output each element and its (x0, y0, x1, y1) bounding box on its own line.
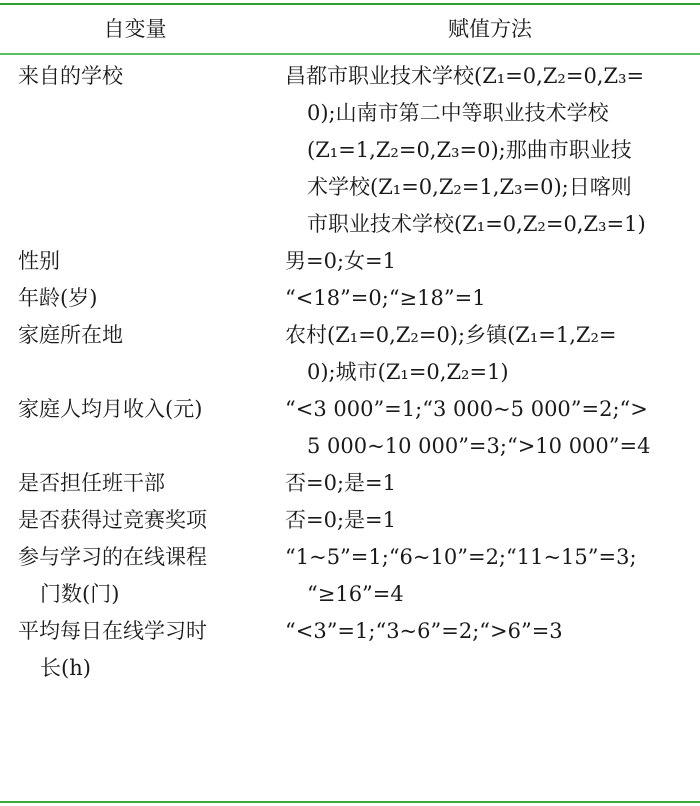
value-text: 5 000~10 000”=3;“>10 000”=4 (285, 428, 694, 465)
value-cell: “<18”=0;“≥18”=1 (285, 280, 700, 317)
variable-cell: 是否获得过竞赛奖项 (0, 502, 285, 539)
variable-cell: 家庭所在地 (0, 317, 285, 391)
variable-text: 门数(门) (18, 576, 285, 613)
value-cell: “<3 000”=1;“3 000~5 000”=2;“> 5 000~10 0… (285, 391, 700, 465)
header-variable: 自变量 (0, 14, 270, 44)
table-row: 是否获得过竞赛奖项 否=0;是=1 (0, 502, 700, 539)
value-text: 否=0;是=1 (285, 465, 694, 502)
value-text: 0);城市(Z₁=0,Z₂=1) (285, 354, 694, 391)
value-cell: 昌都市职业技术学校(Z₁=0,Z₂=0,Z₃= 0);山南市第二中等职业技术学校… (285, 58, 700, 243)
value-text: 农村(Z₁=0,Z₂=0);乡镇(Z₁=1,Z₂= (285, 317, 694, 354)
table-row: 来自的学校 昌都市职业技术学校(Z₁=0,Z₂=0,Z₃= 0);山南市第二中等… (0, 58, 700, 243)
variable-text: 家庭人均月收入(元) (18, 391, 285, 428)
value-cell: 否=0;是=1 (285, 465, 700, 502)
table-body: 来自的学校 昌都市职业技术学校(Z₁=0,Z₂=0,Z₃= 0);山南市第二中等… (0, 58, 700, 687)
table-row: 参与学习的在线课程 门数(门) “1~5”=1;“6~10”=2;“11~15”… (0, 539, 700, 613)
variable-text: 来自的学校 (18, 58, 285, 95)
variable-text: 是否担任班干部 (18, 465, 285, 502)
value-cell: 农村(Z₁=0,Z₂=0);乡镇(Z₁=1,Z₂= 0);城市(Z₁=0,Z₂=… (285, 317, 700, 391)
table-bottom-rule (0, 801, 700, 803)
value-cell: “1~5”=1;“6~10”=2;“11~15”=3; “≥16”=4 (285, 539, 700, 613)
variable-assignment-table: 来自的学校 昌都市职业技术学校(Z₁=0,Z₂=0,Z₃= 0);山南市第二中等… (0, 58, 700, 687)
table-row: 是否担任班干部 否=0;是=1 (0, 465, 700, 502)
value-text: “1~5”=1;“6~10”=2;“11~15”=3; (285, 539, 694, 576)
table-row: 平均每日在线学习时 长(h) “<3”=1;“3~6”=2;“>6”=3 (0, 613, 700, 687)
variable-text: 平均每日在线学习时 (18, 613, 285, 650)
table-header-rule (0, 53, 700, 55)
value-text: 男=0;女=1 (285, 243, 694, 280)
variable-text: 参与学习的在线课程 (18, 539, 285, 576)
value-text: “<3”=1;“3~6”=2;“>6”=3 (285, 613, 694, 650)
variable-text: 长(h) (18, 650, 285, 687)
table-row: 性别 男=0;女=1 (0, 243, 700, 280)
value-text: 0);山南市第二中等职业技术学校 (285, 95, 694, 132)
value-text: “≥16”=4 (285, 576, 694, 613)
table-row: 年龄(岁) “<18”=0;“≥18”=1 (0, 280, 700, 317)
variable-cell: 是否担任班干部 (0, 465, 285, 502)
variable-text: 家庭所在地 (18, 317, 285, 354)
variable-cell: 来自的学校 (0, 58, 285, 243)
variable-text: 是否获得过竞赛奖项 (18, 502, 285, 539)
value-cell: 男=0;女=1 (285, 243, 700, 280)
variable-cell: 家庭人均月收入(元) (0, 391, 285, 465)
value-text: 否=0;是=1 (285, 502, 694, 539)
value-text: 昌都市职业技术学校(Z₁=0,Z₂=0,Z₃= (285, 58, 694, 95)
value-cell: “<3”=1;“3~6”=2;“>6”=3 (285, 613, 700, 687)
variable-cell: 性别 (0, 243, 285, 280)
value-text: “<3 000”=1;“3 000~5 000”=2;“> (285, 391, 694, 428)
variable-text: 性别 (18, 243, 285, 280)
variable-cell: 平均每日在线学习时 长(h) (0, 613, 285, 687)
table-row: 家庭人均月收入(元) “<3 000”=1;“3 000~5 000”=2;“>… (0, 391, 700, 465)
value-cell: 否=0;是=1 (285, 502, 700, 539)
value-text: 市职业技术学校(Z₁=0,Z₂=0,Z₃=1) (285, 206, 694, 243)
variable-text: 年龄(岁) (18, 280, 285, 317)
value-text: (Z₁=1,Z₂=0,Z₃=0);那曲市职业技 (285, 132, 694, 169)
variable-cell: 参与学习的在线课程 门数(门) (0, 539, 285, 613)
value-text: 术学校(Z₁=0,Z₂=1,Z₃=0);日喀则 (285, 169, 694, 206)
variable-cell: 年龄(岁) (0, 280, 285, 317)
value-text: “<18”=0;“≥18”=1 (285, 280, 694, 317)
table-top-rule (0, 3, 700, 5)
header-assignment: 赋值方法 (280, 14, 700, 44)
table-row: 家庭所在地 农村(Z₁=0,Z₂=0);乡镇(Z₁=1,Z₂= 0);城市(Z₁… (0, 317, 700, 391)
